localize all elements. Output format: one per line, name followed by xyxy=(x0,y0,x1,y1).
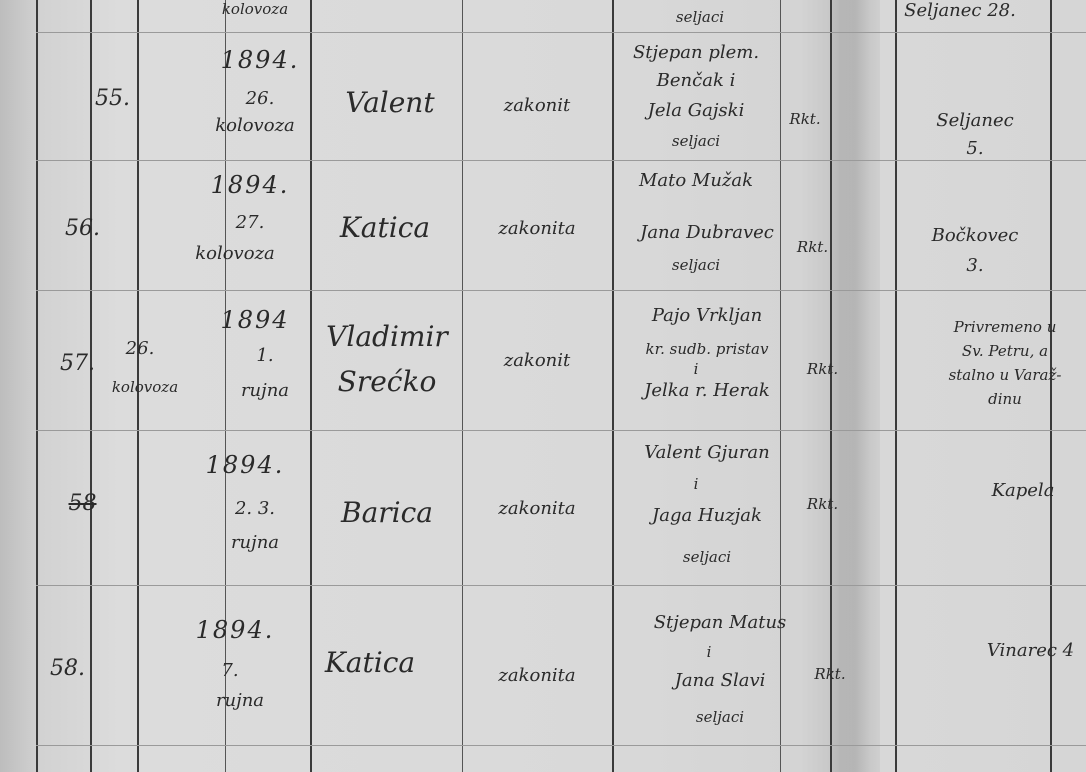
residence-line: Sv. Petru, a xyxy=(930,342,1080,361)
row-rule xyxy=(36,32,1086,33)
legitimacy: zakonita xyxy=(462,665,612,688)
residence-line: Privremeno u xyxy=(930,318,1080,337)
religion: Rkt. xyxy=(780,110,830,129)
religion: Rkt. xyxy=(810,665,850,684)
legitimacy: zakonit xyxy=(462,95,612,118)
child-name: Barica xyxy=(312,495,462,530)
baptism-day: 2. 3. xyxy=(215,498,295,521)
parents-line: Jana Dubravec xyxy=(612,222,802,245)
row-rule xyxy=(36,290,1086,291)
parents-line: Stjepan plem. xyxy=(612,42,780,65)
baptism-day: 26. xyxy=(210,88,310,111)
parents-line: seljaci xyxy=(612,548,802,567)
column-rule xyxy=(830,0,832,772)
entry-number: 56. xyxy=(60,215,105,243)
residence-line: stalno u Varaž- xyxy=(930,366,1080,385)
header-fragment: seljaci xyxy=(640,8,760,27)
residence-line: Vinarec 4 xyxy=(975,640,1086,663)
column-rule xyxy=(36,0,38,772)
baptism-month: rujna xyxy=(215,532,295,555)
residence-line: dinu xyxy=(930,390,1080,409)
parents-line: Stjepan Matus xyxy=(625,612,815,635)
parents-line: Jaga Huzjak xyxy=(612,505,802,528)
residence-line: Kapela xyxy=(960,480,1086,503)
religion: Rkt. xyxy=(800,360,845,379)
religion: Rkt. xyxy=(790,238,835,257)
parents-line: Jela Gajski xyxy=(612,100,780,123)
column-rule xyxy=(90,0,92,772)
entry-number: 55. xyxy=(90,85,135,113)
legitimacy: zakonita xyxy=(462,218,612,241)
row-rule xyxy=(36,430,1086,431)
row-rule xyxy=(36,585,1086,586)
parents-line: Jelka r. Herak xyxy=(612,380,802,403)
baptism-month: kolovoza xyxy=(200,115,310,138)
baptism-month: rujna xyxy=(195,690,285,713)
year: 1894. xyxy=(200,170,300,200)
religion: Rkt. xyxy=(800,495,845,514)
child-name: Katica xyxy=(315,210,455,245)
child-name: Katica xyxy=(300,645,440,680)
baptism-day: 27. xyxy=(200,212,300,235)
parents-line: Pajo Vrkljan xyxy=(612,305,802,328)
parents-line: i xyxy=(612,360,780,379)
entry-number: 58. xyxy=(45,655,90,683)
residence-line: 3. xyxy=(910,255,1040,278)
entry-number: 58 xyxy=(60,490,105,518)
child-name: Valent xyxy=(320,85,460,120)
row-rule xyxy=(36,745,1086,746)
legitimacy: zakonit xyxy=(462,350,612,373)
baptism-month: kolovoza xyxy=(180,243,290,266)
parents-line: i xyxy=(625,643,793,662)
baptism-day: 7. xyxy=(190,660,270,683)
column-rule xyxy=(895,0,897,772)
parents-line: seljaci xyxy=(625,708,815,727)
baptism-month: rujna xyxy=(225,380,305,403)
residence-line: Bočkovec xyxy=(910,225,1040,248)
parents-line: i xyxy=(612,475,780,494)
year: 1894. xyxy=(195,450,295,480)
year: 1894 xyxy=(205,305,305,335)
birth-month: kolovoza xyxy=(100,378,190,397)
birth-day: 26. xyxy=(110,338,170,361)
parents-line: Mato Mužak xyxy=(612,170,780,193)
header-fragment: Seljanec 28. xyxy=(900,0,1020,23)
header-fragment: kolovoza xyxy=(200,0,310,19)
year: 1894. xyxy=(210,45,310,75)
parents-line: Benčak i xyxy=(612,70,780,93)
register-page: kolovoza seljaci Seljanec 28. 55. 1894. … xyxy=(0,0,1086,772)
entry-number: 57. xyxy=(55,350,100,378)
year: 1894. xyxy=(185,615,285,645)
child-name: Vladimir Srećko xyxy=(312,315,462,405)
parents-line: seljaci xyxy=(612,256,780,275)
parents-line: Valent Gjuran xyxy=(612,442,802,465)
parents-line: Jana Slavi xyxy=(625,670,815,693)
legitimacy: zakonita xyxy=(462,498,612,521)
book-gutter xyxy=(830,0,880,772)
parents-line: kr. sudb. pristav xyxy=(612,340,802,359)
baptism-day: 1. xyxy=(225,345,305,368)
parents-line: seljaci xyxy=(612,132,780,151)
residence-line: 5. xyxy=(910,138,1040,161)
residence-line: Seljanec xyxy=(910,110,1040,133)
